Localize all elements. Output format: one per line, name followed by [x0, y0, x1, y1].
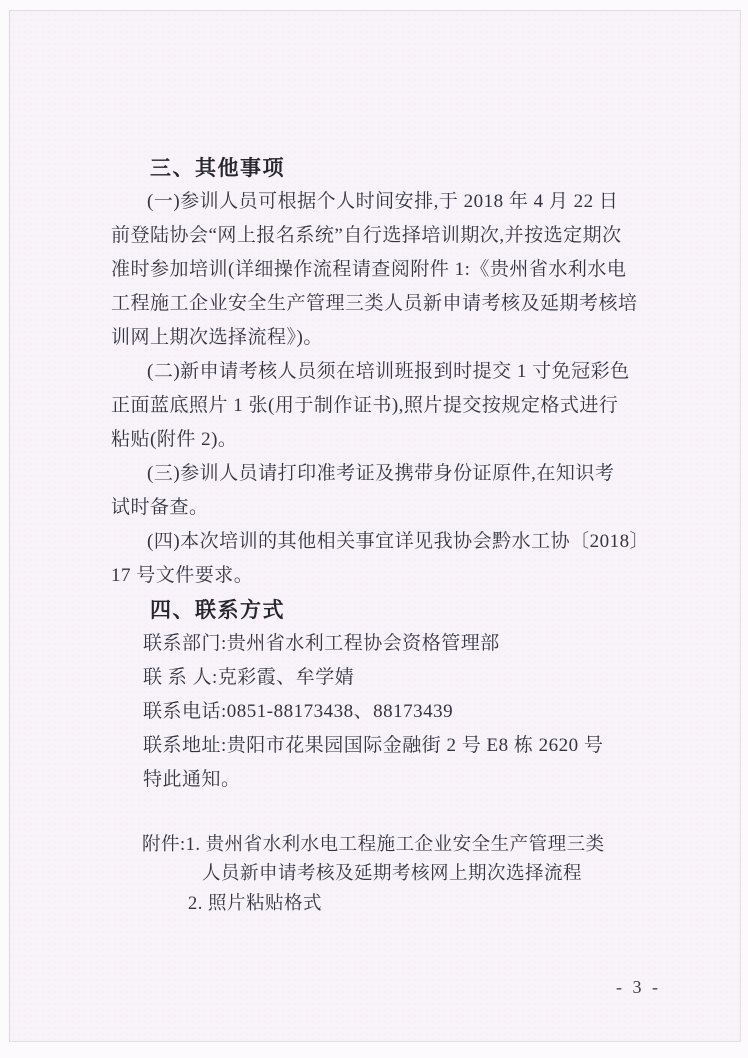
text-line-contact: 联 系 人:克彩霞、牟学婧	[111, 661, 665, 695]
document-body: 三、其他事项(一)参训人员可根据个人时间安排,于 2018 年 4 月 22 日…	[111, 151, 665, 919]
text-line-attach-cont: 人员新申请考核及延期考核网上期次选择流程	[111, 860, 665, 889]
scanned-document-page: 三、其他事项(一)参训人员可根据个人时间安排,于 2018 年 4 月 22 日…	[0, 0, 748, 1058]
text-line-cont: 17 号文件要求。	[111, 559, 665, 593]
text-line-heading: 四、联系方式	[111, 593, 665, 627]
page-number: - 3 -	[616, 977, 661, 998]
text-line-para: (二)新申请考核人员须在培训班报到时提交 1 寸免冠彩色	[111, 355, 665, 389]
text-line-heading: 三、其他事项	[111, 151, 665, 185]
text-line-cont: 正面蓝底照片 1 张(用于制作证书),照片提交按规定格式进行	[111, 389, 665, 423]
text-line-contact: 联系电话:0851-88173438、88173439	[111, 695, 665, 729]
paper-surface: 三、其他事项(一)参训人员可根据个人时间安排,于 2018 年 4 月 22 日…	[9, 10, 741, 1042]
text-line-para: (四)本次培训的其他相关事宜详见我协会黔水工协〔2018〕	[111, 525, 665, 559]
text-line-contact: 联系部门:贵州省水利工程协会资格管理部	[111, 627, 665, 661]
text-line-attach: 附件:1. 贵州省水利水电工程施工企业安全生产管理三类	[111, 831, 665, 860]
text-line-cont: 粘贴(附件 2)。	[111, 423, 665, 457]
text-line-cont: 前登陆协会“网上报名系统”自行选择培训期次,并按选定期次	[111, 219, 665, 253]
text-line-para: (一)参训人员可根据个人时间安排,于 2018 年 4 月 22 日	[111, 185, 665, 219]
text-line-cont: 工程施工企业安全生产管理三类人员新申请考核及延期考核培	[111, 287, 665, 321]
text-line-contact: 联系地址:贵阳市花果园国际金融街 2 号 E8 栋 2620 号	[111, 729, 665, 763]
text-line-contact: 特此通知。	[111, 763, 665, 797]
text-line-cont: 试时备查。	[111, 491, 665, 525]
text-line-para: (三)参训人员请打印准考证及携带身份证原件,在知识考	[111, 457, 665, 491]
text-line-attach-item: 2. 照片粘贴格式	[111, 890, 665, 919]
text-line-cont: 准时参加培训(详细操作流程请查阅附件 1:《贵州省水利水电	[111, 253, 665, 287]
text-line-cont: 训网上期次选择流程》)。	[111, 321, 665, 355]
